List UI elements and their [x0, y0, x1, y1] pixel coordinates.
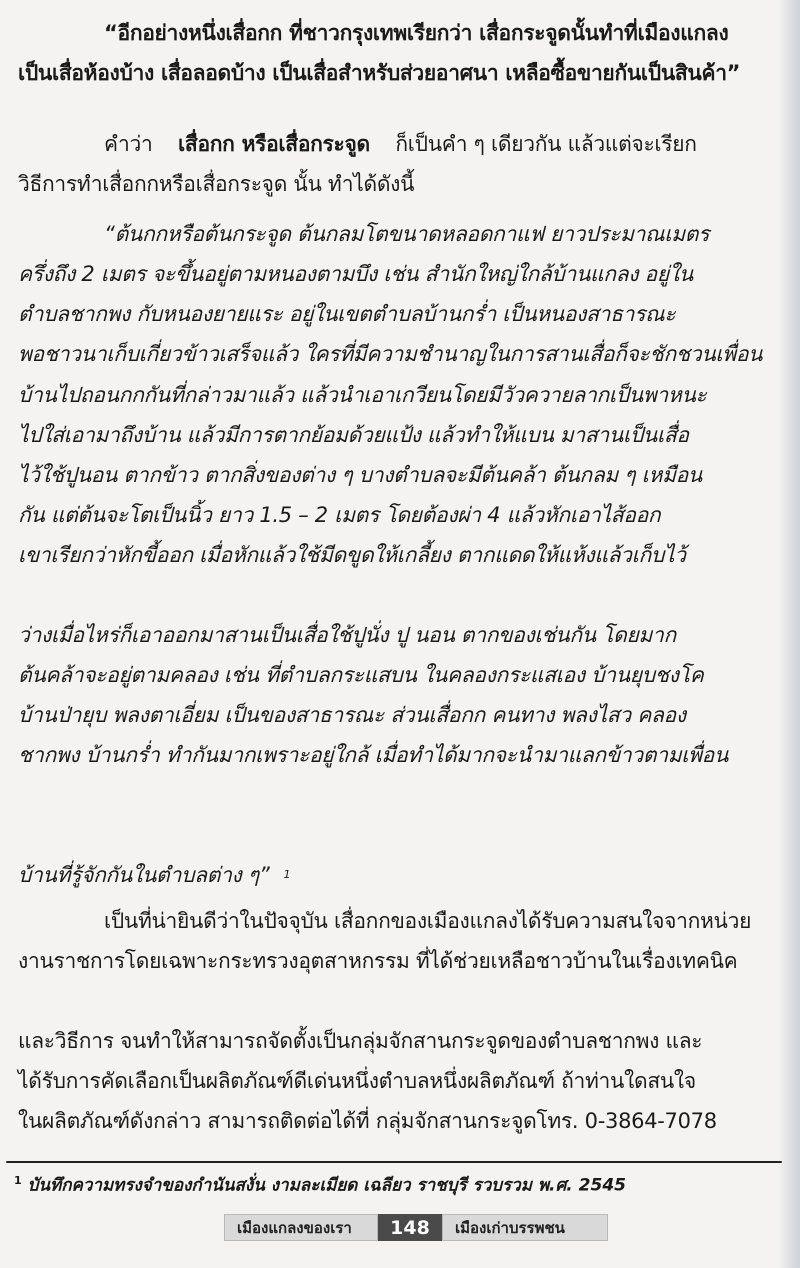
footnote: 1 บันทึกความทรงจำของกำนันสงั่น งามละเมีย…: [14, 1168, 626, 1199]
footnote-text: บันทึกความทรงจำของกำนันสงั่น งามละเมียด …: [28, 1176, 626, 1196]
paragraph-line: คำว่า เสื่อกก หรือเสื่อกระจูด ก็เป็นคำ ๆ…: [104, 129, 697, 159]
quote-line: บ้านป่ายุบ พลงตาเอี่ยม เป็นของสาธารณะ ส่…: [18, 700, 686, 730]
footnote-reference[interactable]: 1: [283, 868, 290, 881]
quote-line: ว่างเมื่อไหร่ก็เอาออกมาสานเป็นเสื่อใช้ปู…: [18, 620, 676, 650]
paragraph-line: งานราชการโดยเฉพาะกระทรวงอุตสาหกรรม ที่ได…: [18, 946, 737, 976]
quote-line: บ้านไปถอนกกกันที่กล่าวมาแล้ว แล้วนำเอาเก…: [18, 380, 706, 410]
quote-line: ต้นคล้าจะอยู่ตามคลอง เช่น ที่ตำบลกระแสบน…: [18, 660, 703, 690]
page-number: 148: [378, 1214, 442, 1241]
paragraph-line: และวิธีการ จนทำให้สามารถจัดตั้งเป็นกลุ่ม…: [18, 1026, 702, 1056]
quote-last-line: บ้านที่รู้จักกันในตำบลต่าง ๆ”: [18, 863, 269, 887]
paragraph-line: ได้รับการคัดเลือกเป็นผลิตภัณฑ์ดีเด่นหนึ่…: [18, 1066, 696, 1096]
quote-line: ไว้ใช้ปูนอน ตากข้าว ตากสิ่งของต่าง ๆ บาง…: [18, 460, 702, 490]
footnote-number: 1: [14, 1174, 22, 1187]
quote-line: “ต้นกกหรือต้นกระจูด ต้นกลมโตขนาดหลอดกาแฟ…: [104, 219, 709, 249]
quote-line: ชากพง บ้านกร่ำ ทำกันมากเพราะอยู่ใกล้ เมื…: [18, 740, 728, 770]
quote-line: เป็นเสื่อห้องบ้าง เสื่อลอดบ้าง เป็นเสื่อ…: [18, 58, 740, 88]
page-footer: เมืองแกลงของเรา 148 เมืองเก่าบรรพชน: [224, 1214, 608, 1241]
quote-line: ครึ่งถึง 2 เมตร จะขึ้นอยู่ตามหนองตามบึง …: [18, 259, 693, 289]
footnote-divider: [6, 1161, 782, 1163]
quote-line: ไปใส่เอามาถึงบ้าน แล้วมีการตากย้อมด้วยแป…: [18, 420, 689, 450]
lead-text: คำว่า: [104, 132, 153, 156]
paragraph-line: วิธีการทำเสื่อกกหรือเสื่อกระจูด นั้น ทำไ…: [18, 169, 414, 199]
quote-line: “อีกอย่างหนึ่งเสื่อกก ที่ชาวกรุงเทพเรียก…: [104, 18, 728, 48]
footer-book-title: เมืองแกลงของเรา: [224, 1214, 378, 1241]
rest-text: ก็เป็นคำ ๆ เดียวกัน แล้วแต่จะเรียก: [395, 132, 696, 156]
quote-line: ตำบลชากพง กับหนองยายแระ อยู่ในเขตตำบลบ้า…: [18, 299, 675, 329]
quote-line: เขาเรียกว่าหักขี้ออก เมื่อหักแล้วใช้มีดข…: [18, 540, 686, 570]
footer-section-title: เมืองเก่าบรรพชน: [442, 1214, 608, 1241]
bold-term: เสื่อกก หรือเสื่อกระจูด: [178, 132, 370, 156]
quote-line: พอชาวนาเก็บเกี่ยวข้าวเสร็จแล้ว ใครที่มีค…: [18, 339, 762, 369]
paragraph-line: เป็นที่น่ายินดีว่าในปัจจุบัน เสื่อกกของเ…: [104, 906, 751, 936]
quote-line: กัน แต่ต้นจะโตเป็นนิ้ว ยาว 1.5 – 2 เมตร …: [18, 500, 660, 530]
page-edge-shadow: [778, 0, 800, 1268]
quote-line: บ้านที่รู้จักกันในตำบลต่าง ๆ”1: [18, 860, 290, 890]
paragraph-line: ในผลิตภัณฑ์ดังกล่าว สามารถติดต่อได้ที่ ก…: [18, 1106, 717, 1136]
